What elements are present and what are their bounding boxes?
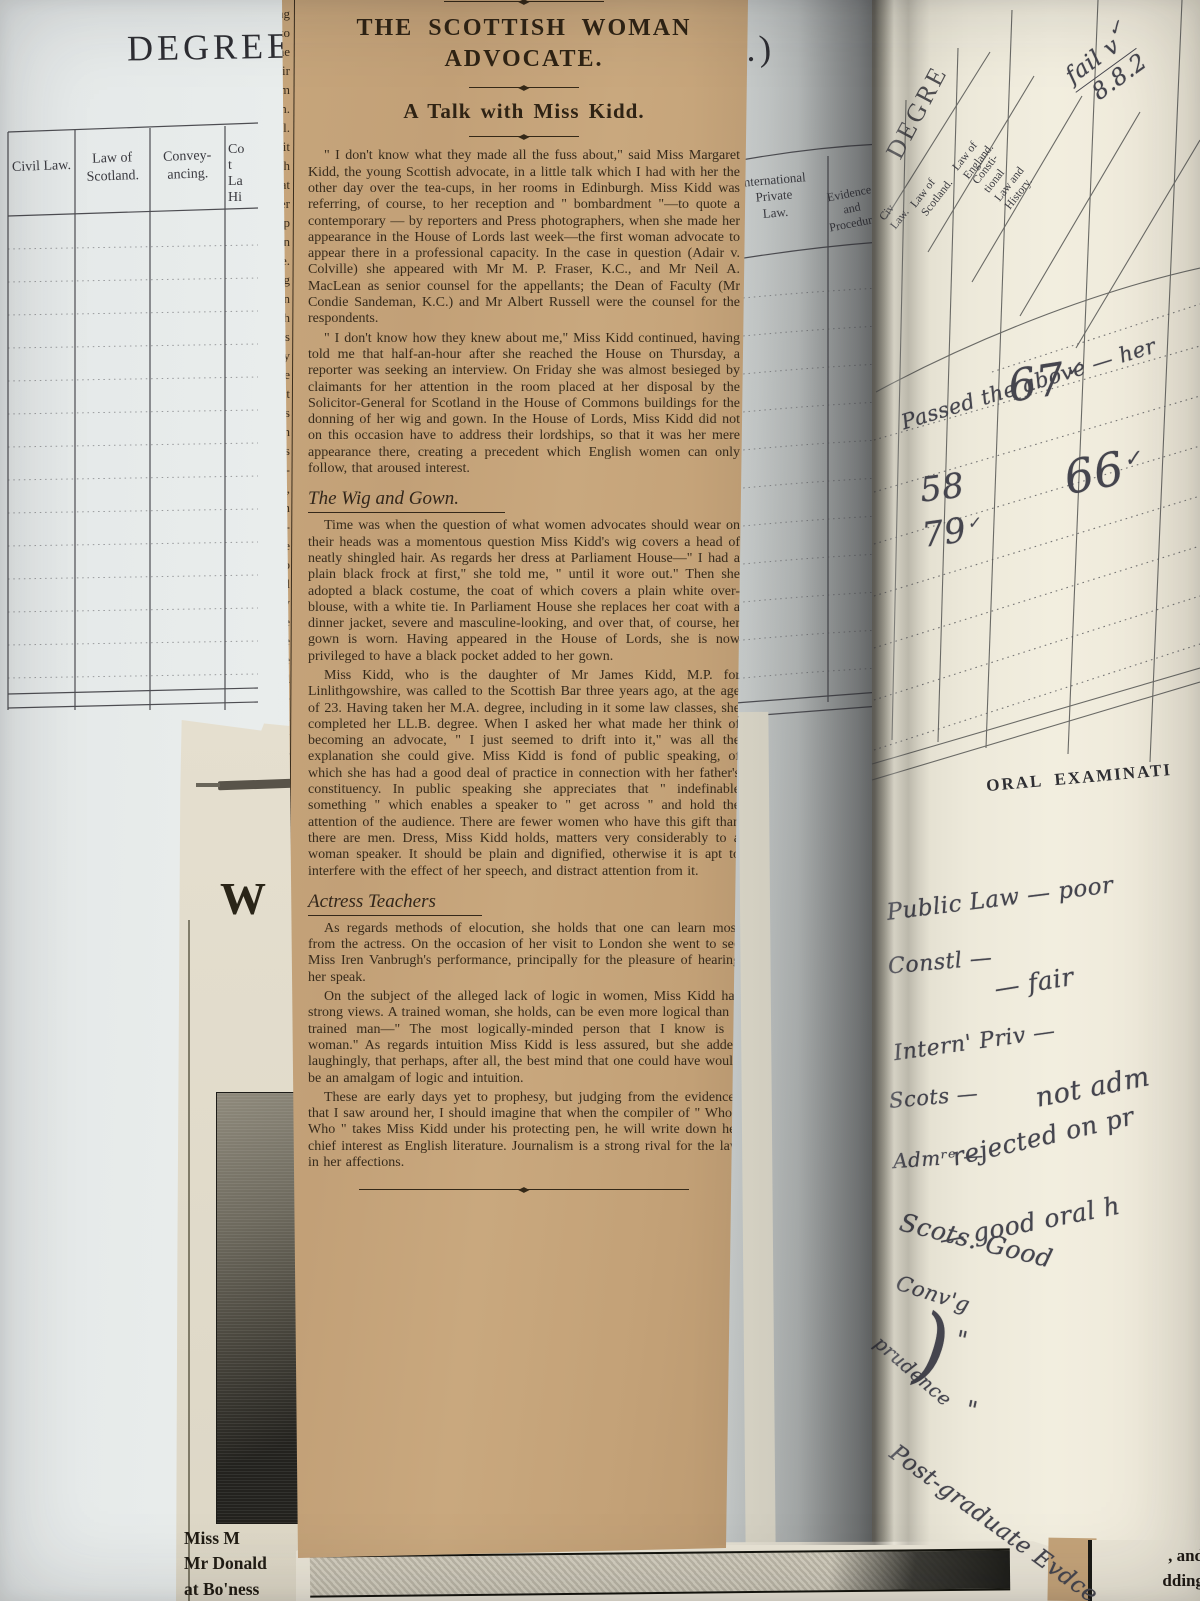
article-title-line2: ADVOCATE. xyxy=(444,46,603,72)
column-rule xyxy=(188,920,190,1601)
column-header-law-of-scotland: Law of Scotland. xyxy=(74,149,150,187)
ornament-separator: ◆ xyxy=(359,1183,689,1195)
halftone-image-bar xyxy=(310,1548,1010,1597)
mark-value: 67 xyxy=(1004,353,1068,412)
degree-heading: DEGREE xyxy=(127,25,294,70)
diamond-icon: ◆ xyxy=(518,83,530,92)
handwritten-mark-58: 58 xyxy=(918,465,969,510)
ornament-separator: ◆ xyxy=(469,130,579,142)
left-table-rules xyxy=(0,118,260,720)
ink-smudge-small xyxy=(196,783,220,787)
article-paragraph: On the subject of the alleged lack of lo… xyxy=(308,989,740,1087)
headline-fragment-w: W xyxy=(220,872,266,925)
article-paragraph: " I don't know how they knew about me," … xyxy=(308,331,740,478)
diamond-icon: ◆ xyxy=(518,1185,530,1194)
handwritten-mark-79: 79✓ xyxy=(920,508,985,556)
article-paragraph: Time was when the question of what women… xyxy=(308,518,740,665)
photo-caption: Miss M Mr Donald at Bo'ness xyxy=(184,1526,267,1601)
mark-tick-icon: ✓ xyxy=(966,513,982,533)
mark-value: 79 xyxy=(920,510,969,556)
diamond-icon: ◆ xyxy=(518,132,530,141)
mark-tick-icon: ✓ xyxy=(1064,357,1084,382)
section-heading-wig-and-gown: The Wig and Gown. xyxy=(308,488,505,513)
scrapbook-photo: DEGREE L.) Civil Law. Law of Scotland. C… xyxy=(0,0,1200,1601)
column-header-civil-law: Civil Law. xyxy=(8,157,76,177)
scottish-woman-advocate-clipping: ng to the ieir em on. all. lit ich nat f… xyxy=(250,0,750,1558)
section-heading-actress-teachers: Actress Teachers xyxy=(308,891,482,916)
article-paragraph: " I don't know what they made all the fu… xyxy=(308,148,740,327)
article-title: THE SCOTTISH WOMAN ADVOCATE. xyxy=(308,13,740,75)
article-column: ◆ THE SCOTTISH WOMAN ADVOCATE. ◆ A Talk … xyxy=(300,0,740,1558)
clipping-text-fragment: , and dding xyxy=(1088,1540,1200,1601)
article-paragraph: These are early days yet to prophesy, bu… xyxy=(308,1090,740,1171)
article-paragraph: As regards methods of elocution, she hol… xyxy=(308,921,740,986)
article-subtitle: A Talk with Miss Kidd. xyxy=(308,99,740,124)
column-header-conveyancing: Convey- ancing. xyxy=(149,147,225,185)
column-header-partial: Co t La Hi xyxy=(228,142,254,206)
halftone-photo xyxy=(216,1092,302,1524)
ornament-separator: ◆ xyxy=(444,0,604,7)
diamond-icon: ◆ xyxy=(518,0,530,6)
article-paragraph: Miss Kidd, who is the daughter of Mr Jam… xyxy=(308,668,740,880)
article-title-line1: THE SCOTTISH WOMAN xyxy=(357,15,692,41)
ink-smudge xyxy=(218,779,294,791)
mark-value: 66 xyxy=(1060,441,1129,505)
ornament-separator: ◆ xyxy=(469,81,579,93)
mark-value: 58 xyxy=(918,466,967,511)
